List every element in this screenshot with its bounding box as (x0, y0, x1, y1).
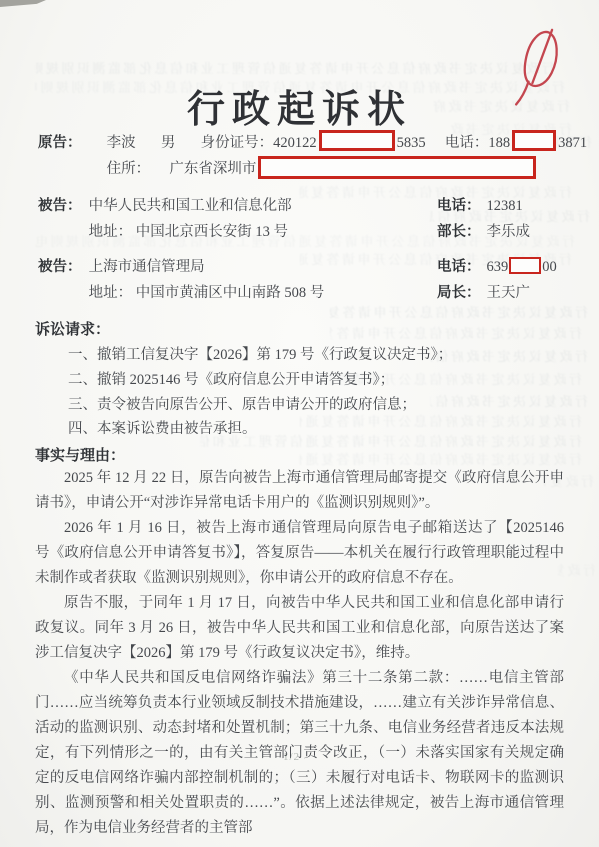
defendant1-head-name: 李乐成 (487, 224, 531, 240)
defendant1-head-label: 部长： (437, 220, 481, 241)
id-number-redaction-box (319, 130, 395, 151)
claim-item: 三、责令被告向原告公开、原告申请公开的政府信息； (68, 393, 416, 414)
plaintiff-phone-prefix: 188 (488, 135, 510, 151)
facts-paragraph: 2025 年 12 月 22 日，原告向被告上海市通信管理局邮寄提交《政府信息公… (35, 466, 564, 516)
document-body: 行政起诉状 原告： 李波 男 身份证号：4201225835 电话：188387… (0, 0, 599, 847)
id-number-suffix: 5835 (397, 135, 426, 151)
plaintiff-gender: 男 (161, 135, 176, 151)
defendant2-phone: 电话：63900 (437, 255, 557, 276)
residence-value: 广东省深圳市 (169, 161, 256, 177)
id-number-label: 身份证号： (201, 135, 274, 151)
facts-section: 2025 年 12 月 22 日，原告向被告上海市通信管理局邮寄提交《政府信息公… (35, 466, 564, 841)
defendant2-phone-redaction-box (509, 257, 541, 274)
facts-paragraph: 原告不服，于同年 1 月 17 日，向被告中华人民共和国工业和信息化部申请行政复… (35, 591, 564, 666)
defendant1-row: 被告： 中华人民共和国工业和信息化部 电话：12381 (38, 194, 583, 215)
defendant1-label: 被告： (38, 194, 85, 215)
plaintiff-residence-row: 原告： 住所： 广东省深圳市 (38, 156, 583, 179)
scanned-legal-document-page: 行政复议决定书政府信息公开申请答复通信管理工业和信息化部监测识别规则电信网络反诈… (0, 0, 599, 847)
facts-heading: 事实与理由： (35, 444, 125, 465)
claim-item: 二、撤销 2025146 号《政府信息公开申请答复书》； (68, 368, 394, 389)
page-number: 1/2 (283, 751, 300, 763)
plaintiff-row: 原告： 李波 男 身份证号：4201225835 电话：1883871 (38, 130, 583, 152)
defendant2-row: 被告： 上海市通信管理局 电话：63900 (38, 255, 583, 276)
claim-item: 四、本案诉讼费由被告承担。 (68, 417, 257, 438)
defendant2-head-name: 王天广 (487, 285, 531, 301)
handwritten-zero-mark (508, 14, 578, 114)
plaintiff-phone-label: 电话： (445, 135, 489, 151)
defendant2-head-label: 局长： (437, 281, 481, 302)
defendant2-phone-label: 电话： (437, 255, 481, 276)
defendant2-phone-prefix: 639 (487, 259, 509, 275)
defendant1-phone: 电话：12381 (437, 194, 523, 215)
defendant2-address-value: 中国市黄浦区中山南路 508 号 (136, 285, 325, 301)
plaintiff-label: 原告： (38, 131, 85, 152)
residence-label: 住所： (107, 157, 151, 178)
defendant1-address-label: 地址： (89, 224, 133, 240)
id-number-prefix: 420122 (273, 135, 317, 151)
defendant2-address-row: 被告： 地址： 中国市黄浦区中山南路 508 号 局长：王天广 (38, 281, 583, 302)
defendant1-head: 部长：李乐成 (437, 220, 530, 241)
defendant1-phone-label: 电话： (437, 194, 481, 215)
defendant2-label: 被告： (38, 255, 85, 276)
defendant2-head: 局长：王天广 (437, 281, 530, 302)
plaintiff-phone-redaction-box (512, 130, 556, 151)
defendant1-address-value: 中国北京西长安街 13 号 (136, 224, 288, 240)
plaintiff-phone-suffix: 3871 (558, 135, 587, 151)
defendant1-name: 中华人民共和国工业和信息化部 (89, 198, 292, 214)
defendant1-phone-value: 12381 (487, 198, 523, 214)
claims-heading: 诉讼请求： (35, 318, 110, 339)
plaintiff-name: 李波 (107, 131, 136, 152)
residence-redaction-box (258, 156, 536, 179)
defendant2-name: 上海市通信管理局 (89, 259, 205, 275)
defendant2-address-label: 地址： (89, 285, 133, 301)
claim-item: 一、撤销工信复决字【2026】第 179 号《行政复议决定书》； (68, 343, 452, 364)
defendant2-phone-suffix: 00 (542, 259, 557, 275)
facts-paragraph: 2026 年 1 月 16 日，被告上海市通信管理局向原告电子邮箱送达了【202… (35, 516, 564, 591)
defendant1-address-row: 被告： 地址： 中国北京西长安街 13 号 部长：李乐成 (38, 220, 583, 241)
